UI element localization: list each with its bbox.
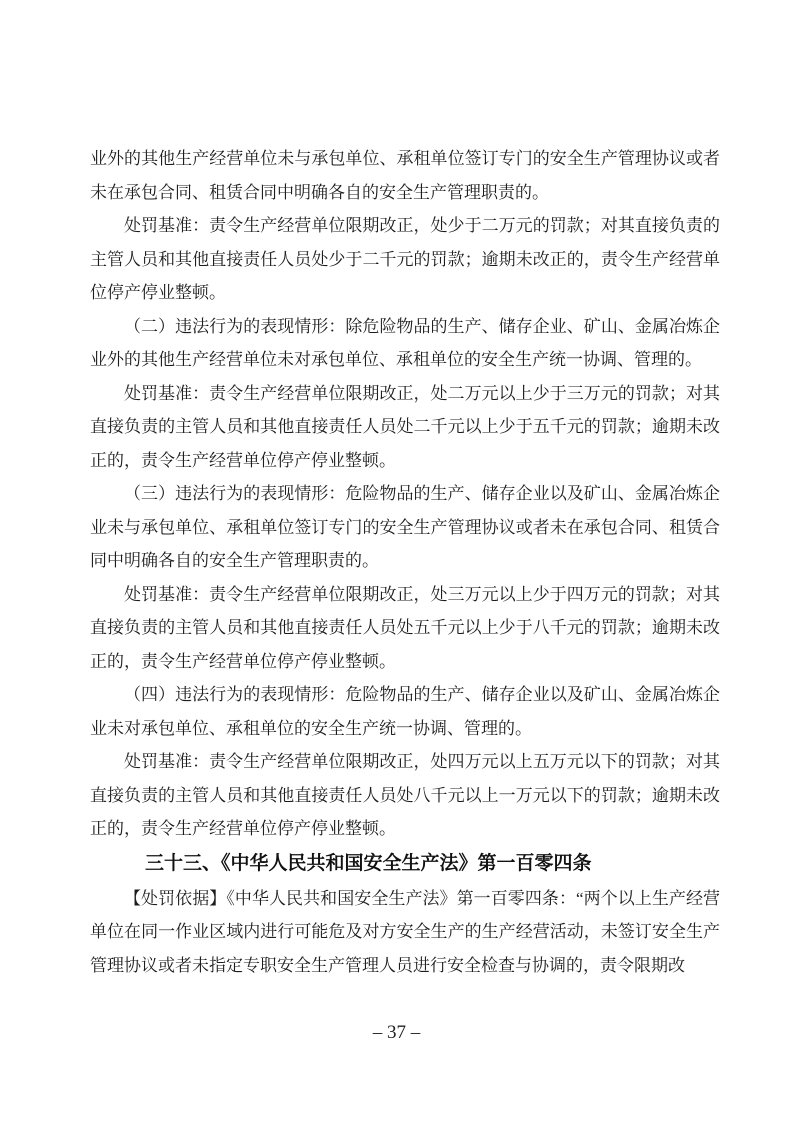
document-body: 业外的其他生产经营单位未与承包单位、承租单位签订专门的安全生产管理协议或者未在承… xyxy=(90,142,720,982)
section-heading: 三十三、《中华人民共和国安全生产法》第一百零四条 xyxy=(90,846,720,882)
body-paragraph: 业外的其他生产经营单位未与承包单位、承租单位签订专门的安全生产管理协议或者未在承… xyxy=(90,142,720,209)
body-paragraph: （二）违法行为的表现情形：除危险物品的生产、储存企业、矿山、金属冶炼企业外的其他… xyxy=(90,310,720,377)
body-paragraph: 处罚基准：责令生产经营单位限期改正，处三万元以上少于四万元的罚款；对其直接负责的… xyxy=(90,578,720,679)
body-paragraph: （三）违法行为的表现情形：危险物品的生产、储存企业以及矿山、金属冶炼企业未与承包… xyxy=(90,477,720,578)
body-paragraph: （四）违法行为的表现情形：危险物品的生产、储存企业以及矿山、金属冶炼企业未对承包… xyxy=(90,678,720,745)
body-paragraph: 【处罚依据】《中华人民共和国安全生产法》第一百零四条：“两个以上生产经营单位在同… xyxy=(90,882,720,983)
page-number: – 37 – xyxy=(0,1022,793,1044)
document-page: 业外的其他生产经营单位未与承包单位、承租单位签订专门的安全生产管理协议或者未在承… xyxy=(0,0,793,1122)
body-paragraph: 处罚基准：责令生产经营单位限期改正，处二万元以上少于三万元的罚款；对其直接负责的… xyxy=(90,377,720,478)
body-paragraph: 处罚基准：责令生产经营单位限期改正，处四万元以上五万元以下的罚款；对其直接负责的… xyxy=(90,745,720,846)
body-paragraph: 处罚基准：责令生产经营单位限期改正，处少于二万元的罚款；对其直接负责的主管人员和… xyxy=(90,209,720,310)
